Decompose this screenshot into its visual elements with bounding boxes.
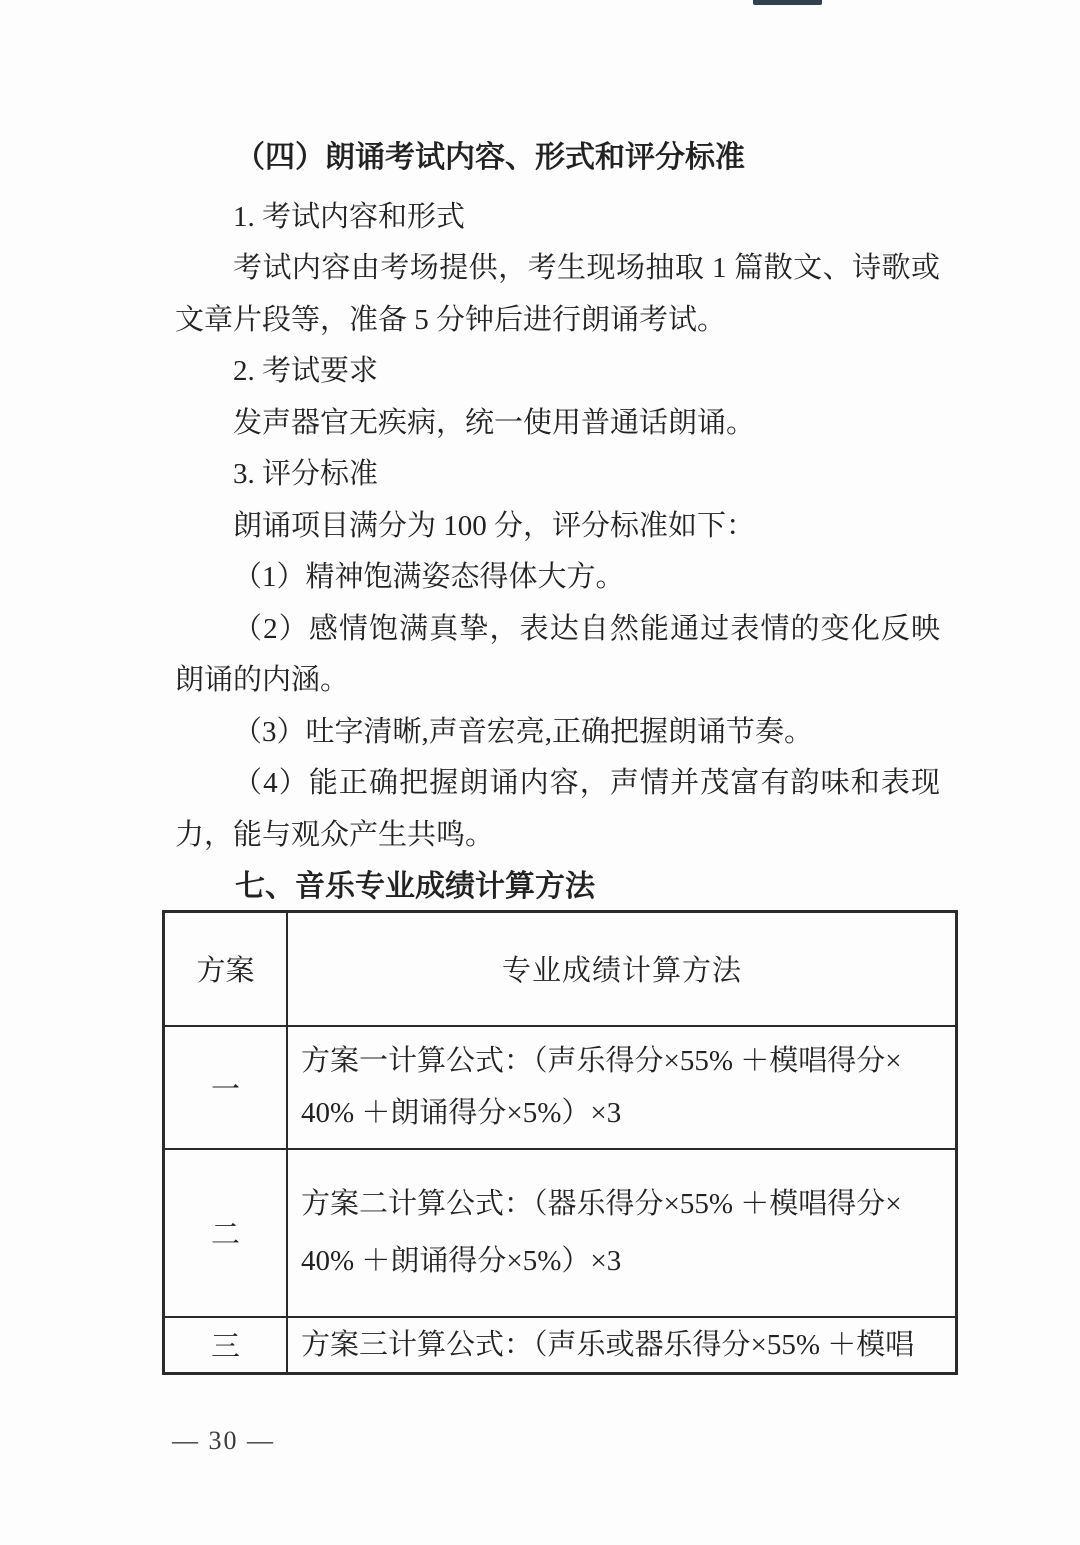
- formula-1-line-2: 40% ＋朗诵得分×5%）×3: [301, 1087, 943, 1139]
- item-3-title: 3. 评分标准: [175, 449, 940, 501]
- header-cell-plan: 方案: [164, 912, 288, 1026]
- criterion-1: （1）精神饱满姿态得体大方。: [175, 552, 940, 604]
- paragraph-1-line-2: 文章片段等，准备 5 分钟后进行朗诵考试。: [175, 295, 940, 347]
- criterion-2-line-2: 朗诵的内涵。: [175, 655, 940, 707]
- formula-2-cell: 方案二计算公式：（器乐得分×55% ＋模唱得分× 40% ＋朗诵得分×5%）×3: [287, 1149, 957, 1317]
- section-7-heading: 七、音乐专业成绩计算方法: [175, 861, 940, 913]
- plan-1-cell: 一: [164, 1026, 288, 1149]
- plan-2-cell: 二: [164, 1149, 288, 1317]
- criterion-3: （3）吐字清晰,声音宏亮,正确把握朗诵节奏。: [175, 707, 940, 759]
- document-body: （四）朗诵考试内容、形式和评分标准 1. 考试内容和形式 考试内容由考场提供，考…: [175, 132, 940, 913]
- paragraph-2: 发声器官无疾病，统一使用普通话朗诵。: [175, 398, 940, 450]
- formula-1-cell: 方案一计算公式：（声乐得分×55% ＋模唱得分× 40% ＋朗诵得分×5%）×3: [287, 1026, 957, 1149]
- document-page: （四）朗诵考试内容、形式和评分标准 1. 考试内容和形式 考试内容由考场提供，考…: [0, 0, 1080, 1545]
- formula-3-cell: 方案三计算公式：（声乐或器乐得分×55% ＋模唱: [287, 1317, 957, 1374]
- score-calculation-table: 方案 专业成绩计算方法 一 方案一计算公式：（声乐得分×55% ＋模唱得分× 4…: [162, 910, 958, 1375]
- item-2-title: 2. 考试要求: [175, 346, 940, 398]
- table-row-plan-1: 一 方案一计算公式：（声乐得分×55% ＋模唱得分× 40% ＋朗诵得分×5%）…: [164, 1026, 957, 1149]
- criterion-4-line-1: （4）能正确把握朗诵内容，声情并茂富有韵味和表现: [175, 758, 940, 810]
- formula-2-line-1: 方案二计算公式：（器乐得分×55% ＋模唱得分×: [301, 1176, 943, 1233]
- section-4-heading: （四）朗诵考试内容、形式和评分标准: [175, 132, 940, 184]
- formula-1-line-1: 方案一计算公式：（声乐得分×55% ＋模唱得分×: [301, 1035, 943, 1087]
- table-row-plan-2: 二 方案二计算公式：（器乐得分×55% ＋模唱得分× 40% ＋朗诵得分×5%）…: [164, 1149, 957, 1317]
- page-number: — 30 —: [172, 1426, 275, 1456]
- item-1-title: 1. 考试内容和形式: [175, 192, 940, 244]
- paragraph-1-line-1: 考试内容由考场提供，考生现场抽取 1 篇散文、诗歌或: [175, 243, 940, 295]
- table-header-row: 方案 专业成绩计算方法: [164, 912, 957, 1026]
- header-cell-method: 专业成绩计算方法: [287, 912, 957, 1026]
- top-edge-artifact: [753, 0, 822, 5]
- criterion-4-line-2: 力，能与观众产生共鸣。: [175, 810, 940, 862]
- formula-2-line-2: 40% ＋朗诵得分×5%）×3: [301, 1233, 943, 1290]
- formula-3-line-1: 方案三计算公式：（声乐或器乐得分×55% ＋模唱: [301, 1319, 943, 1371]
- plan-3-cell: 三: [164, 1317, 288, 1374]
- table-row-plan-3: 三 方案三计算公式：（声乐或器乐得分×55% ＋模唱: [164, 1317, 957, 1374]
- paragraph-3: 朗诵项目满分为 100 分，评分标准如下：: [175, 501, 940, 553]
- criterion-2-line-1: （2）感情饱满真挚，表达自然能通过表情的变化反映: [175, 604, 940, 656]
